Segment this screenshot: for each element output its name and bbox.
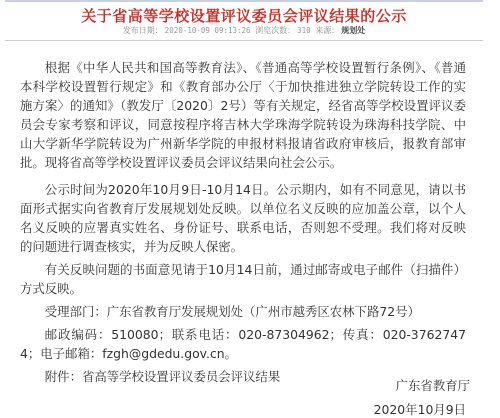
paragraph-contact: 邮政编码：510080；联系电话：020-87304962；传真：020-376… bbox=[20, 325, 466, 363]
signature-organization: 广东省教育厅 bbox=[374, 376, 472, 395]
paragraph-notice-period: 公示时间为2020年10月9日-10月14日。公示期内，如有不同意见，请以书面形… bbox=[20, 180, 466, 256]
signature-block: 广东省教育厅 2020年10月9日 bbox=[374, 376, 472, 418]
paragraph-submission: 有关反映问题的书面意见请于10月14日前，通过邮寄或电子邮件（扫描件）方式反映。 bbox=[20, 260, 466, 298]
contact-suffix: 。 bbox=[225, 346, 237, 361]
article-meta: 发布日期：2020-10-09 09:13:26 浏览次数：310 来源：规划处 bbox=[5, 26, 483, 36]
article-header: 关于省高等学校设置评议委员会评议结果的公示 发布日期：2020-10-09 09… bbox=[5, 2, 483, 41]
view-count-value: 310 bbox=[297, 26, 311, 35]
publish-date-label: 发布日期： bbox=[123, 26, 163, 35]
contact-info: 邮政编码：510080；联系电话：020-87304962；传真：020-376… bbox=[20, 327, 466, 361]
header-separator bbox=[5, 40, 483, 41]
email-link[interactable]: fzgh@gdedu.gov.cn bbox=[102, 346, 224, 361]
source-label: 来源： bbox=[315, 26, 339, 35]
article-body: 根据《中华人民共和国高等教育法》、《普通高等学校设置暂行条例》、《普通本科学校设… bbox=[20, 58, 466, 386]
paragraph-department: 受理部门：广东省教育厅发展规划处（广州市越秀区农林下路72号） bbox=[20, 302, 466, 321]
signature-date: 2020年10月9日 bbox=[374, 400, 472, 418]
publish-date-value: 2020-10-09 09:13:26 bbox=[165, 26, 251, 35]
article-title: 关于省高等学校设置评议委员会评议结果的公示 bbox=[5, 7, 483, 25]
source-value: 规划处 bbox=[341, 26, 365, 35]
view-count-label: 浏览次数： bbox=[255, 26, 295, 35]
paragraph-legal-basis: 根据《中华人民共和国高等教育法》、《普通高等学校设置暂行条例》、《普通本科学校设… bbox=[20, 58, 466, 172]
